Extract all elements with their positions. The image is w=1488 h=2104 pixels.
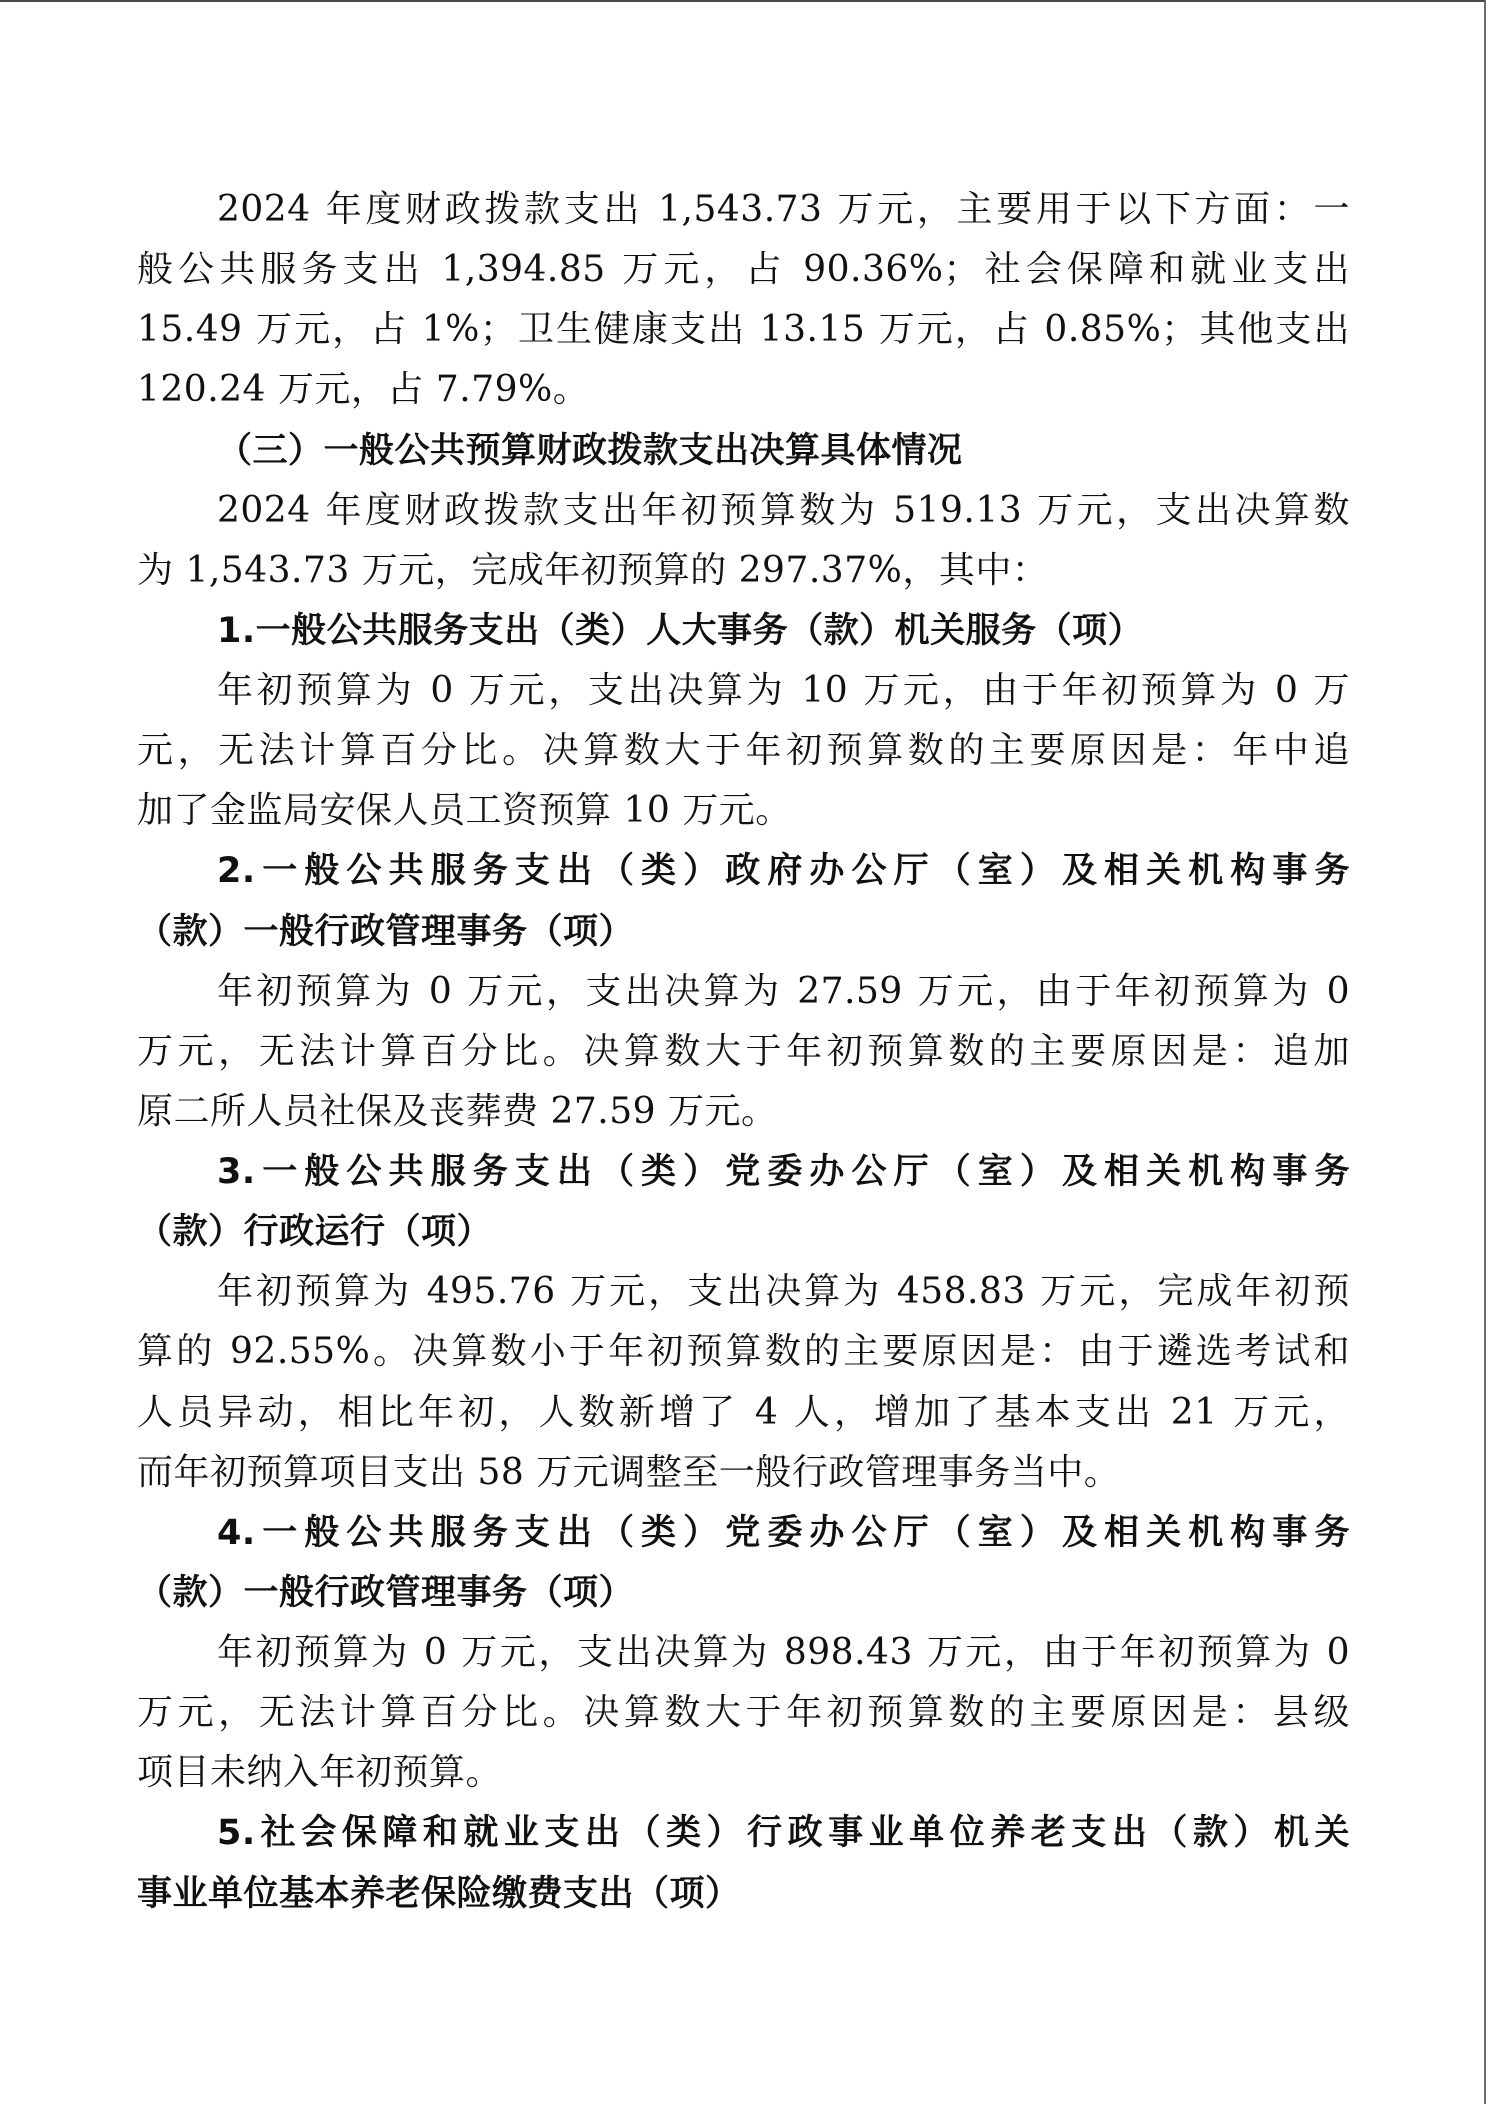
text-line: 项目未纳入年初预算。 xyxy=(137,1743,1350,1803)
text-line: 2024 年度财政拨款支出年初预算数为 519.13 万元，支出决算数 xyxy=(137,481,1350,541)
text-line: 年初预算为 0 万元，支出决算为 10 万元，由于年初预算为 0 万 xyxy=(137,661,1350,721)
text-line: 人员异动，相比年初，人数新增了 4 人，增加了基本支出 21 万元， xyxy=(137,1383,1350,1443)
text-line: 原二所人员社保及丧葬费 27.59 万元。 xyxy=(137,1082,1350,1142)
paragraph-item-3: 年初预算为 495.76 万元，支出决算为 458.83 万元，完成年初预 算的… xyxy=(137,1262,1350,1503)
text-line: 算的 92.55%。决算数小于年初预算数的主要原因是：由于遴选考试和 xyxy=(137,1322,1350,1382)
text-line: 般公共服务支出 1,394.85 万元，占 90.36%；社会保障和就业支出 xyxy=(137,240,1350,300)
text-line: 2024 年度财政拨款支出 1,543.73 万元，主要用于以下方面：一 xyxy=(137,180,1350,240)
text-line: 万元，无法计算百分比。决算数大于年初预算数的主要原因是：县级 xyxy=(137,1683,1350,1743)
paragraph-item-4: 年初预算为 0 万元，支出决算为 898.43 万元，由于年初预算为 0 万元，… xyxy=(137,1623,1350,1803)
text-line: 万元，无法计算百分比。决算数大于年初预算数的主要原因是：追加 xyxy=(137,1022,1350,1082)
heading-line: 5.社会保障和就业支出（类）行政事业单位养老支出（款）机关 xyxy=(137,1803,1350,1863)
text-line: 120.24 万元，占 7.79%。 xyxy=(137,360,1350,420)
text-line: 加了金监局安保人员工资预算 10 万元。 xyxy=(137,781,1350,841)
text-line: 15.49 万元，占 1%；卫生健康支出 13.15 万元，占 0.85%；其他… xyxy=(137,300,1350,360)
section-heading-3: （三）一般公共预算财政拨款支出决算具体情况 xyxy=(137,421,1350,481)
text-line: 年初预算为 0 万元，支出决算为 898.43 万元，由于年初预算为 0 xyxy=(137,1623,1350,1683)
item-heading-1: 1.一般公共服务支出（类）人大事务（款）机关服务（项） xyxy=(137,601,1350,661)
text-line: 为 1,543.73 万元，完成年初预算的 297.37%，其中： xyxy=(137,541,1350,601)
item-heading-2: 2.一般公共服务支出（类）政府办公厅（室）及相关机构事务 （款）一般行政管理事务… xyxy=(137,841,1350,961)
heading-line: 1.一般公共服务支出（类）人大事务（款）机关服务（项） xyxy=(137,601,1350,661)
heading-line: （款）一般行政管理事务（项） xyxy=(137,1563,1350,1623)
document-body: 2024 年度财政拨款支出 1,543.73 万元，主要用于以下方面：一 般公共… xyxy=(137,180,1350,1924)
paragraph-budget-completion: 2024 年度财政拨款支出年初预算数为 519.13 万元，支出决算数 为 1,… xyxy=(137,481,1350,601)
text-line: 而年初预算项目支出 58 万元调整至一般行政管理事务当中。 xyxy=(137,1443,1350,1503)
heading-line: （三）一般公共预算财政拨款支出决算具体情况 xyxy=(137,421,1350,481)
text-line: 元，无法计算百分比。决算数大于年初预算数的主要原因是：年中追 xyxy=(137,721,1350,781)
text-line: 年初预算为 0 万元，支出决算为 27.59 万元，由于年初预算为 0 xyxy=(137,962,1350,1022)
paragraph-expenditure-summary: 2024 年度财政拨款支出 1,543.73 万元，主要用于以下方面：一 般公共… xyxy=(137,180,1350,421)
item-heading-3: 3.一般公共服务支出（类）党委办公厅（室）及相关机构事务 （款）行政运行（项） xyxy=(137,1142,1350,1262)
item-heading-5: 5.社会保障和就业支出（类）行政事业单位养老支出（款）机关 事业单位基本养老保险… xyxy=(137,1803,1350,1923)
heading-line: （款）一般行政管理事务（项） xyxy=(137,902,1350,962)
heading-line: 2.一般公共服务支出（类）政府办公厅（室）及相关机构事务 xyxy=(137,841,1350,901)
heading-line: （款）行政运行（项） xyxy=(137,1202,1350,1262)
paragraph-item-1: 年初预算为 0 万元，支出决算为 10 万元，由于年初预算为 0 万 元，无法计… xyxy=(137,661,1350,841)
document-page: 2024 年度财政拨款支出 1,543.73 万元，主要用于以下方面：一 般公共… xyxy=(0,0,1486,2104)
heading-line: 事业单位基本养老保险缴费支出（项） xyxy=(137,1864,1350,1924)
heading-line: 4.一般公共服务支出（类）党委办公厅（室）及相关机构事务 xyxy=(137,1503,1350,1563)
item-heading-4: 4.一般公共服务支出（类）党委办公厅（室）及相关机构事务 （款）一般行政管理事务… xyxy=(137,1503,1350,1623)
text-line: 年初预算为 495.76 万元，支出决算为 458.83 万元，完成年初预 xyxy=(137,1262,1350,1322)
heading-line: 3.一般公共服务支出（类）党委办公厅（室）及相关机构事务 xyxy=(137,1142,1350,1202)
paragraph-item-2: 年初预算为 0 万元，支出决算为 27.59 万元，由于年初预算为 0 万元，无… xyxy=(137,962,1350,1142)
